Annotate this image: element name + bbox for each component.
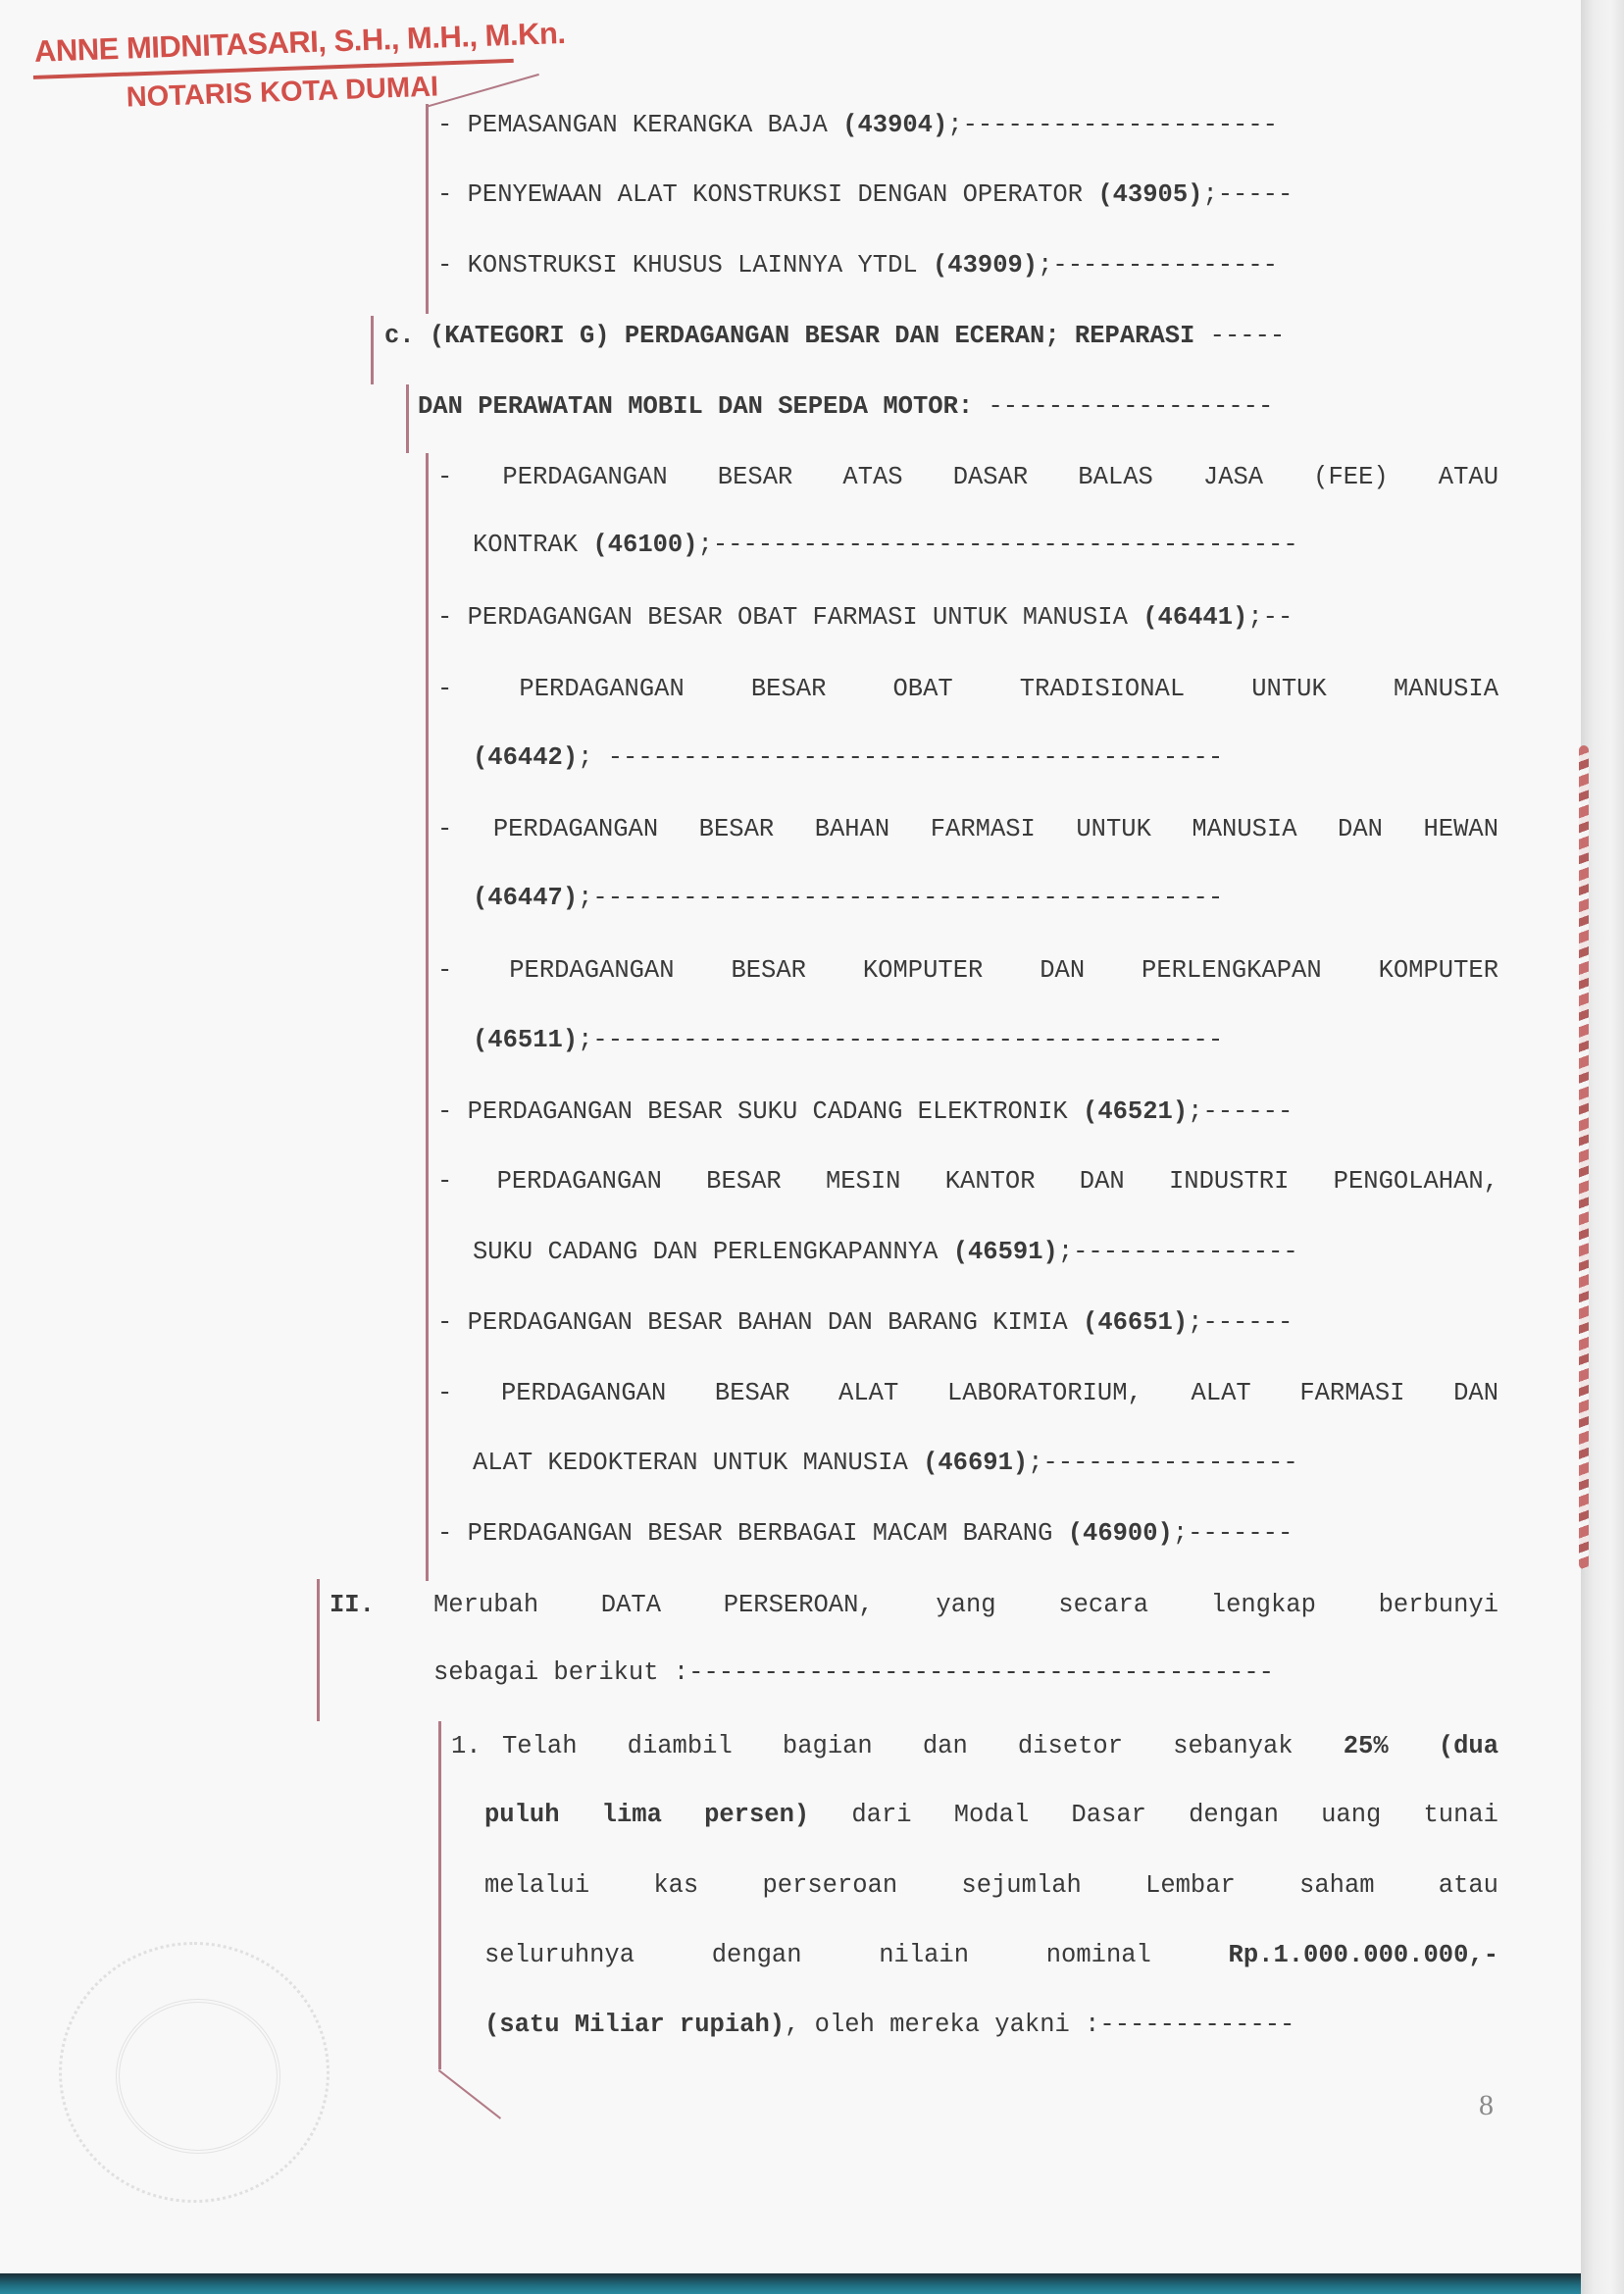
section-ii-text-continued: sebagai berikut :-----------------------…	[433, 1658, 1274, 1688]
item-dash-fill: ;------	[1188, 1308, 1293, 1337]
kbli-code: (46651)	[1083, 1308, 1188, 1337]
category-heading: c. (KATEGORI G) PERDAGANGAN BESAR DAN EC…	[384, 322, 1285, 351]
kbli-code: (46691)	[923, 1449, 1028, 1477]
item-dash-fill: ;--	[1247, 603, 1293, 632]
list-item-continued: (46442); -------------------------------…	[473, 743, 1223, 773]
embossed-seal	[59, 1942, 330, 2203]
margin-line-category-c-2	[406, 384, 409, 453]
item-dash-fill: -------------------	[973, 392, 1273, 421]
item-dash-fill: ;---------------------------------------…	[578, 1026, 1223, 1054]
margin-line-g-items	[426, 453, 429, 1581]
list-item: - PEMASANGAN KERANGKA BAJA (43904);-----…	[437, 111, 1278, 140]
item-dash-fill: ;-----	[1202, 180, 1293, 209]
margin-line-section-ii	[317, 1579, 320, 1721]
list-item: - PERDAGANGAN BESAR BAHAN FARMASI UNTUK …	[437, 815, 1498, 844]
item-dash-fill: -----	[1194, 322, 1285, 350]
kbli-code: (46591)	[953, 1238, 1058, 1266]
list-item-continued: (46511);--------------------------------…	[473, 1026, 1223, 1055]
item-text: - PERDAGANGAN BESAR BERBAGAI MACAM BARAN…	[437, 1519, 1068, 1548]
text: Telah diambil bagian dan disetor sebanya…	[502, 1732, 1344, 1760]
text: , oleh mereka yakni :-------------	[785, 2011, 1294, 2039]
margin-line-point-1	[438, 1721, 441, 2069]
list-item-continued: (46447);--------------------------------…	[473, 884, 1223, 913]
item-text: - PERDAGANGAN BESAR SUKU CADANG ELEKTRON…	[437, 1097, 1083, 1126]
kbli-code: (46521)	[1083, 1097, 1188, 1126]
list-item: - PERDAGANGAN BESAR BAHAN DAN BARANG KIM…	[437, 1308, 1293, 1338]
text: seluruhnya dengan nilain nominal	[484, 1941, 1229, 1969]
kbli-code: (43909)	[933, 251, 1038, 280]
item-text: - PENYEWAAN ALAT KONSTRUKSI DENGAN OPERA…	[437, 180, 1097, 209]
kbli-code: (46447)	[473, 884, 578, 912]
item-text: ALAT KEDOKTERAN UNTUK MANUSIA	[473, 1449, 923, 1477]
item-text: - KONSTRUKSI KHUSUS LAINNYA YTDL	[437, 251, 933, 280]
margin-line-category-c	[371, 316, 374, 384]
kbli-code: (46511)	[473, 1026, 578, 1054]
list-item: - PERDAGANGAN BESAR SUKU CADANG ELEKTRON…	[437, 1097, 1293, 1127]
category-title-line2: DAN PERAWATAN MOBIL DAN SEPEDA MOTOR:	[418, 392, 973, 421]
item-dash-fill: ; --------------------------------------…	[578, 743, 1223, 772]
item-dash-fill: ;------	[1188, 1097, 1293, 1126]
category-label: c.	[384, 322, 415, 350]
list-item-continued: SUKU CADANG DAN PERLENGKAPANNYA (46591);…	[473, 1238, 1298, 1267]
item-dash-fill: ;---------------	[1038, 251, 1278, 280]
category-heading-continued: DAN PERAWATAN MOBIL DAN SEPEDA MOTOR: --…	[418, 392, 1273, 422]
list-item: - PERDAGANGAN BESAR BERBAGAI MACAM BARAN…	[437, 1519, 1293, 1549]
section-ii-text: Merubah DATA PERSEROAN, yang secara leng…	[433, 1591, 1498, 1620]
item-dash-fill: ;-----------------	[1028, 1449, 1297, 1477]
text: dari Modal Dasar dengan uang tunai	[809, 1801, 1498, 1829]
item-text: - PEMASANGAN KERANGKA BAJA	[437, 111, 842, 139]
percentage-bold: 25% (dua	[1344, 1732, 1498, 1760]
percentage-words-bold: puluh lima persen)	[484, 1801, 809, 1829]
item-dash-fill: ;-------	[1173, 1519, 1293, 1548]
category-title-line1: (KATEGORI G) PERDAGANGAN BESAR DAN ECERA…	[430, 322, 1194, 350]
point-1-line-3: melalui kas perseroan sejumlah Lembar sa…	[484, 1871, 1498, 1901]
item-dash-fill: ;---------------	[1058, 1238, 1298, 1266]
list-item-continued: ALAT KEDOKTERAN UNTUK MANUSIA (46691);--…	[473, 1449, 1298, 1478]
list-item-continued: KONTRAK (46100);------------------------…	[473, 531, 1298, 560]
list-item: - PERDAGANGAN BESAR OBAT TRADISIONAL UNT…	[437, 675, 1498, 704]
item-dash-fill: ;---------------------	[947, 111, 1278, 139]
kbli-code: (43905)	[1097, 180, 1202, 209]
margin-line-top-items	[426, 104, 429, 314]
list-item: - PERDAGANGAN BESAR MESIN KANTOR DAN IND…	[437, 1167, 1498, 1197]
kbli-code: (46900)	[1068, 1519, 1173, 1548]
page-number: 8	[1479, 2089, 1494, 2122]
list-item: - PERDAGANGAN BESAR KOMPUTER DAN PERLENG…	[437, 956, 1498, 986]
stamp-notary-title: NOTARIS KOTA DUMAI	[126, 72, 438, 115]
point-1-line-2: puluh lima persen) dari Modal Dasar deng…	[484, 1801, 1498, 1830]
item-text: SUKU CADANG DAN PERLENGKAPANNYA	[473, 1238, 953, 1266]
list-item: - KONSTRUKSI KHUSUS LAINNYA YTDL (43909)…	[437, 251, 1278, 280]
list-item: - PENYEWAAN ALAT KONSTRUKSI DENGAN OPERA…	[437, 180, 1293, 210]
kbli-code: (46441)	[1142, 603, 1247, 632]
section-number: II.	[330, 1591, 375, 1620]
kbli-code: (46100)	[592, 531, 697, 559]
item-text: KONTRAK	[473, 531, 592, 559]
list-item: - PERDAGANGAN BESAR OBAT FARMASI UNTUK M…	[437, 603, 1293, 633]
item-dash-fill: ;---------------------------------------	[698, 531, 1298, 559]
point-number: 1.	[451, 1732, 482, 1761]
point-1-line-5: (satu Miliar rupiah), oleh mereka yakni …	[484, 2011, 1294, 2040]
binding-thread	[1579, 745, 1589, 1569]
kbli-code: (43904)	[842, 111, 947, 139]
seal-inner-ring	[116, 1999, 280, 2154]
nominal-amount-bold: Rp.1.000.000.000,-	[1229, 1941, 1498, 1969]
item-dash-fill: ;---------------------------------------…	[578, 884, 1223, 912]
list-item: - PERDAGANGAN BESAR ALAT LABORATORIUM, A…	[437, 1379, 1498, 1408]
amount-words-bold: (satu Miliar rupiah)	[484, 2011, 785, 2039]
scanner-bottom-band	[0, 2273, 1581, 2294]
item-text: - PERDAGANGAN BESAR BAHAN DAN BARANG KIM…	[437, 1308, 1083, 1337]
item-text: - PERDAGANGAN BESAR OBAT FARMASI UNTUK M…	[437, 603, 1142, 632]
point-1-line-1: Telah diambil bagian dan disetor sebanya…	[502, 1732, 1498, 1761]
list-item: - PERDAGANGAN BESAR ATAS DASAR BALAS JAS…	[437, 463, 1498, 492]
kbli-code: (46442)	[473, 743, 578, 772]
point-1-line-4: seluruhnya dengan nilain nominal Rp.1.00…	[484, 1941, 1498, 1970]
